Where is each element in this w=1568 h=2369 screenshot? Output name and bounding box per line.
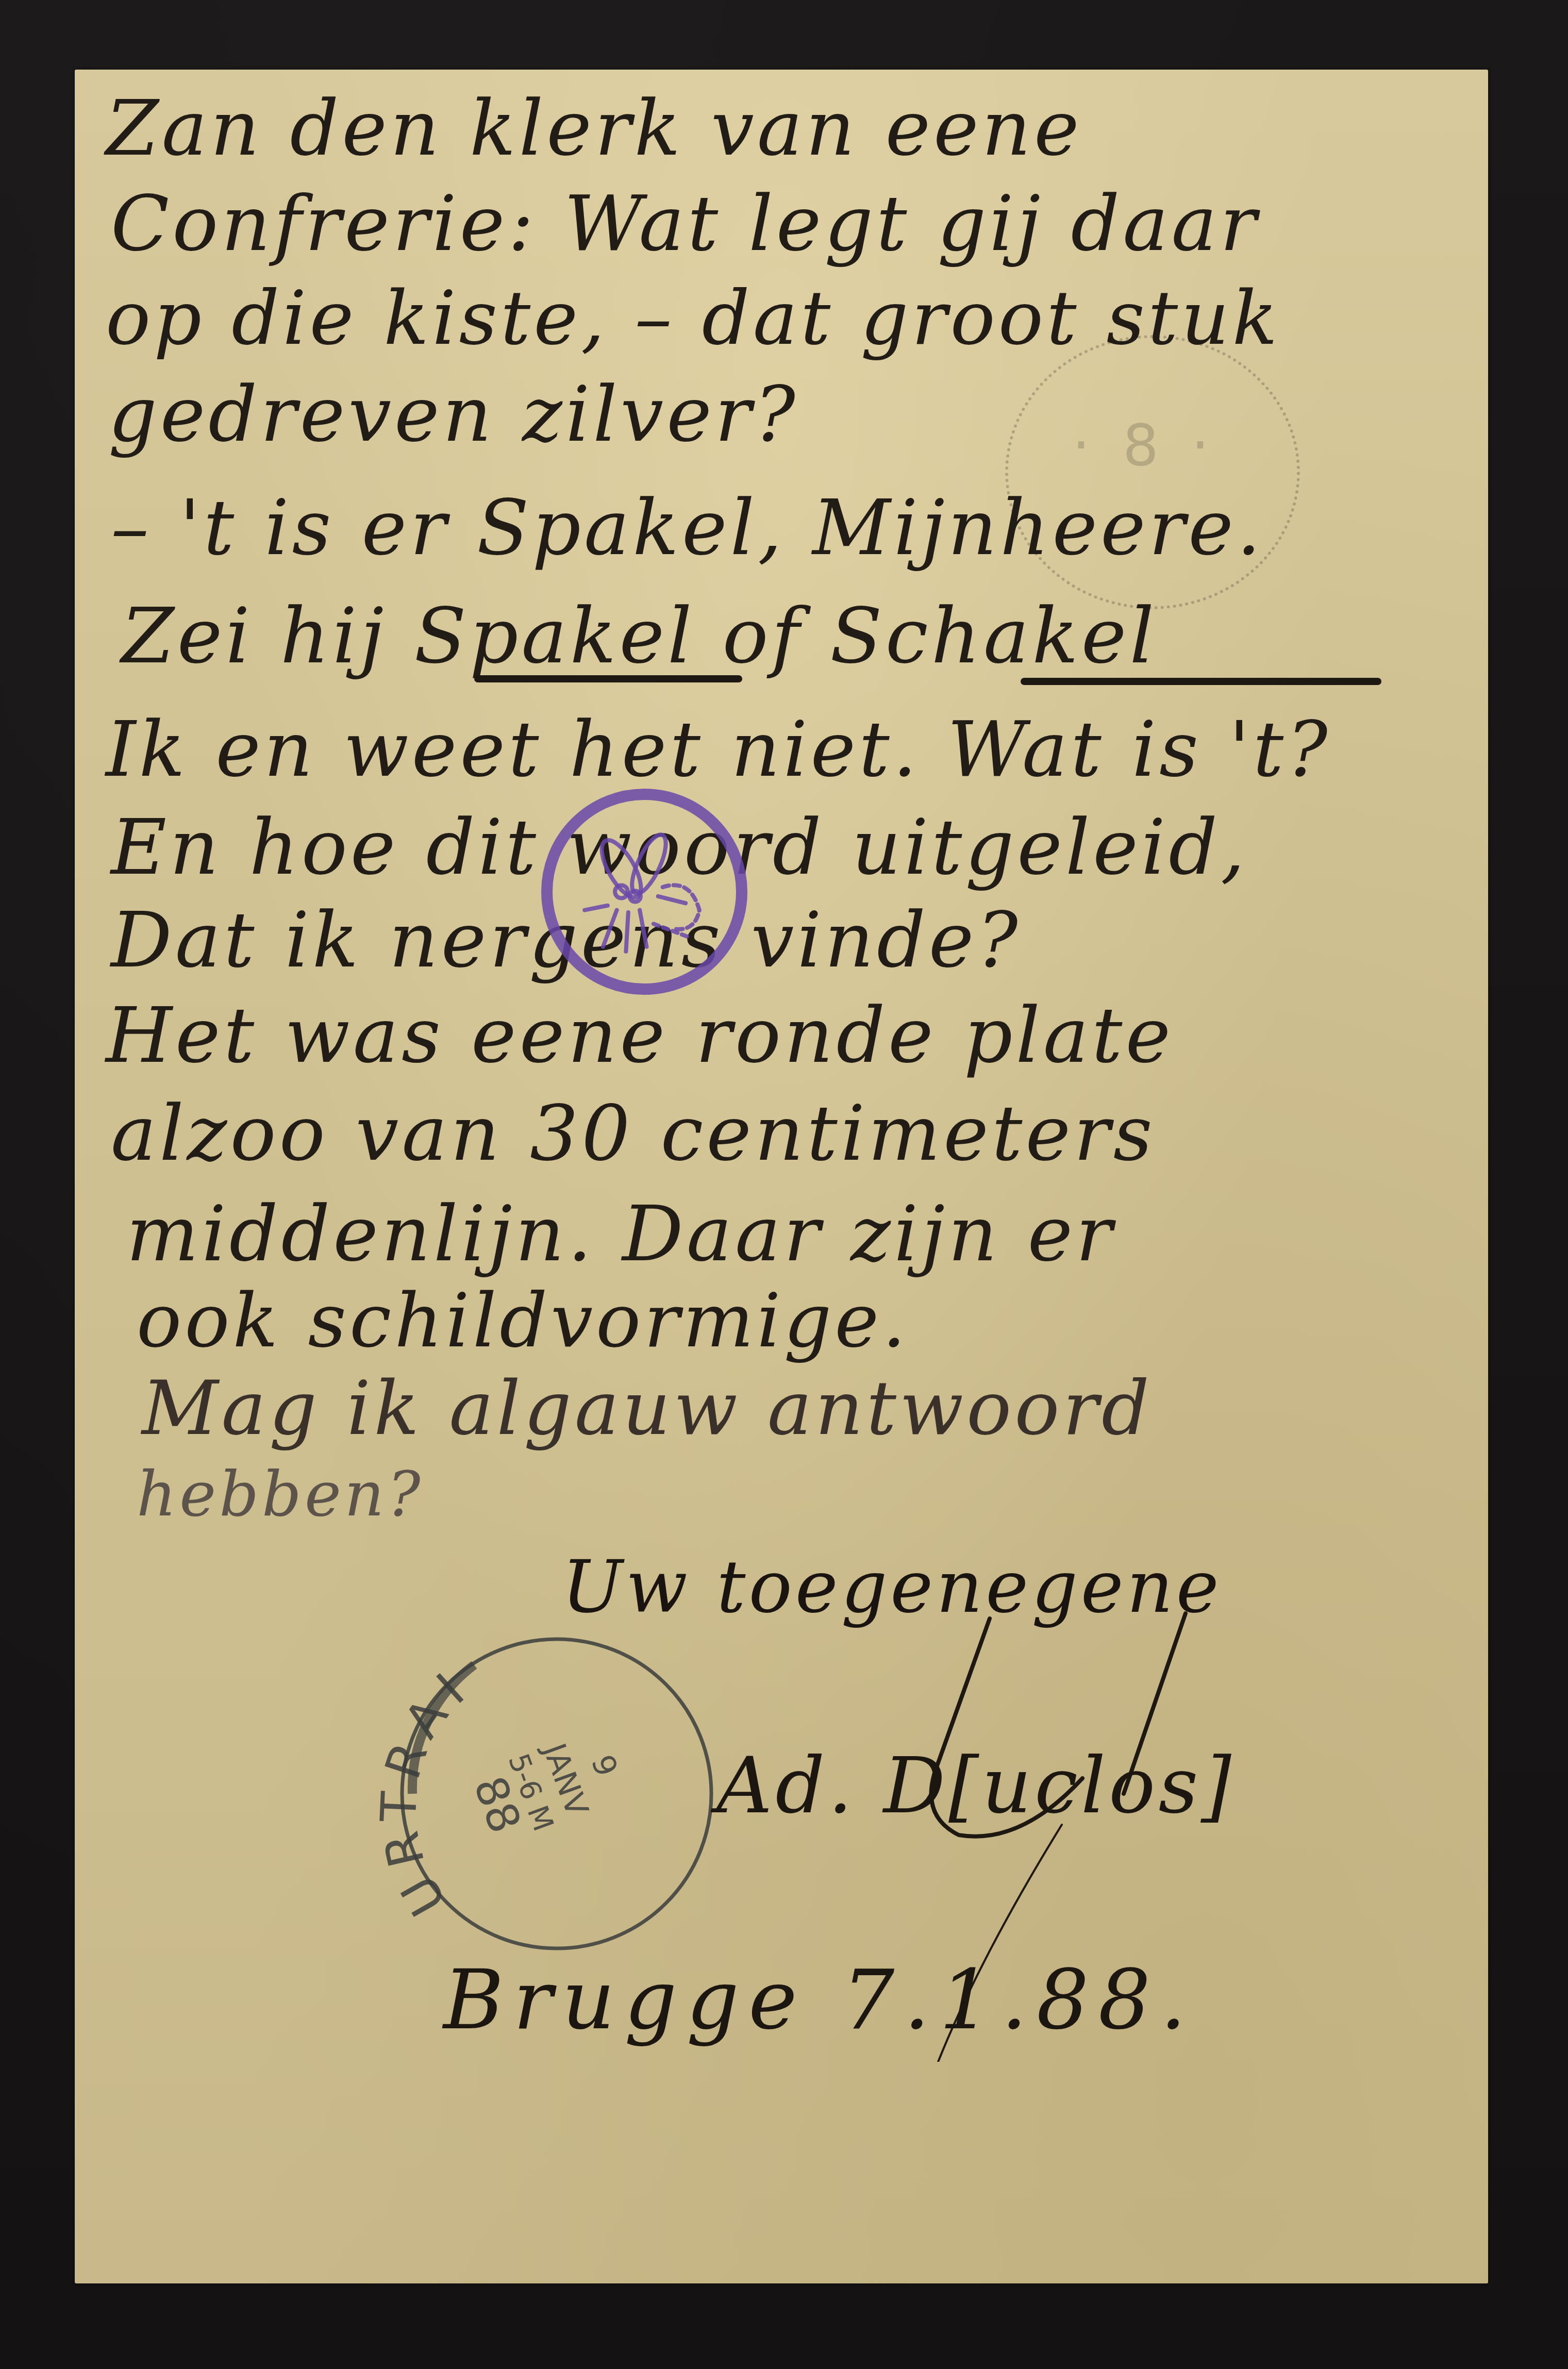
underline-schakel [1021,678,1381,685]
text-line-11: alzoo van 30 centimeters [111,1095,1156,1172]
ghost-postmark-text: · 8 · [1072,412,1216,478]
text-line-4: gedreven zilver? [108,376,798,453]
text-line-13: ook schildvormige. [137,1283,909,1358]
text-line-14: Mag ik algauw antwoord [142,1371,1153,1446]
bee-monogram-icon [553,800,736,983]
text-line-15: hebben? [137,1464,424,1526]
text-line-2: Confrerie: Wat legt gij daar [111,186,1260,262]
underline-spakel [474,675,742,682]
text-line-10: Het was eene ronde plate [106,997,1174,1074]
signature-text: Ad. D[uclos] [716,1747,1235,1825]
place-date-text: Brugge 7.1.88. [443,1959,1195,2041]
text-line-6: Zei hij Spakel of Schakel [121,598,1157,674]
text-line-3: op die kiste, – dat groot stuk [106,281,1280,356]
text-line-1: Zan den klerk van eene [106,90,1082,166]
postmark-date-day: 9 [584,1750,625,1781]
text-line-7: Ik en weet het niet. Wat is 't? [106,711,1331,788]
text-line-5: – 't is er Spakel, Mijnheere. [111,490,1264,566]
purple-library-stamp [541,789,747,995]
text-line-12: middenlijn. Daar zijn er [126,1196,1115,1272]
